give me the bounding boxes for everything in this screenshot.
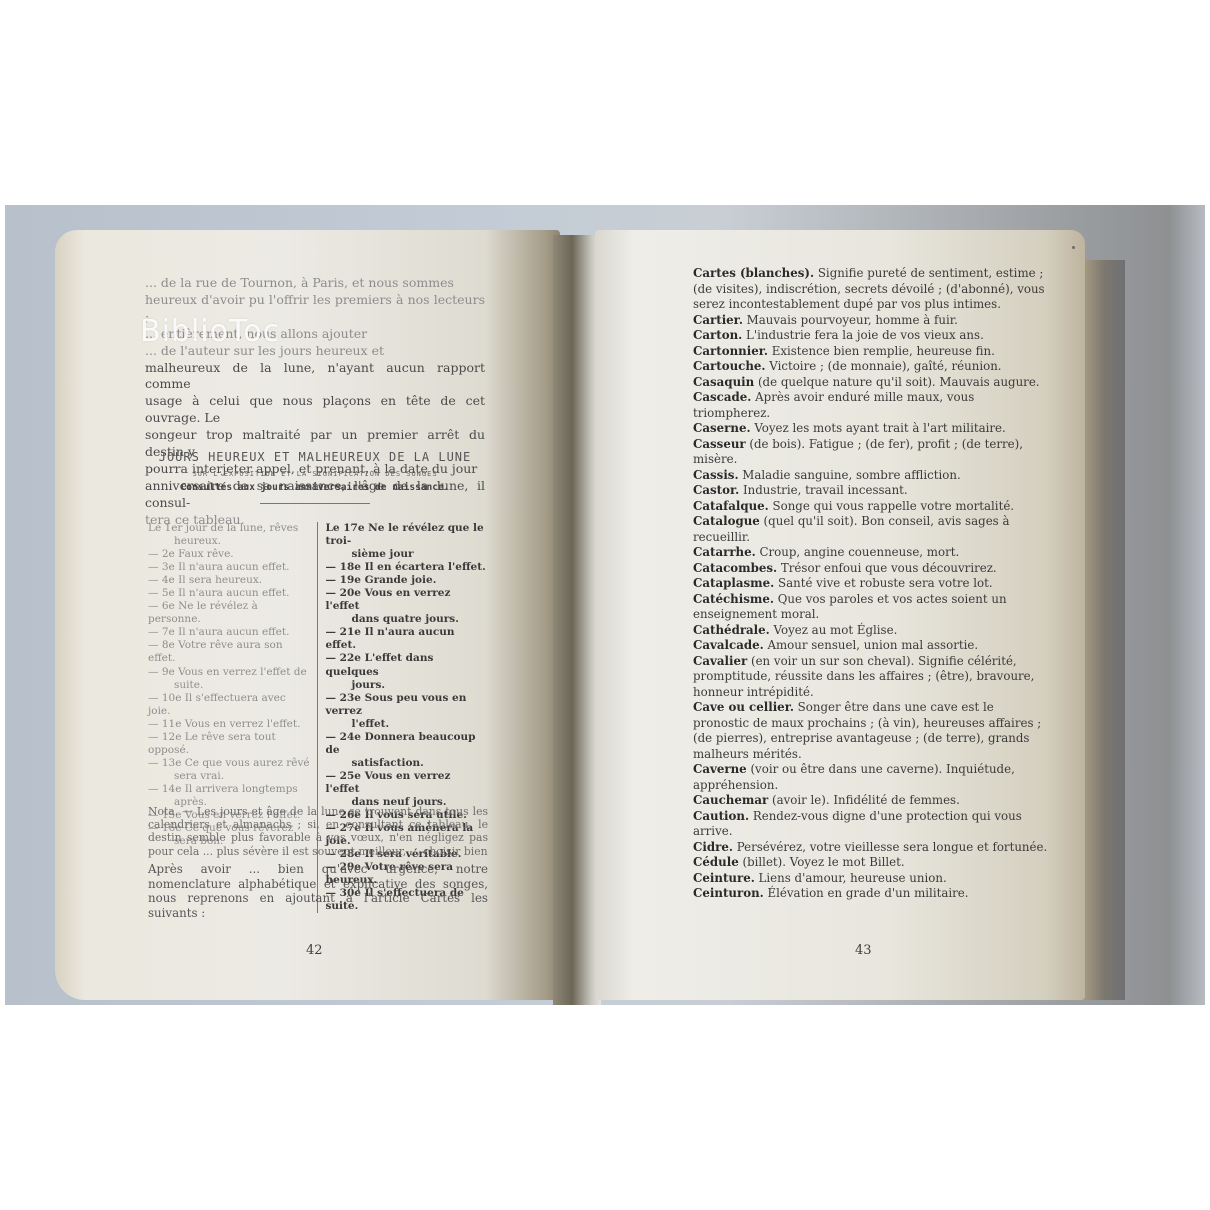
dictionary-entry: Cartes (blanches). Signifie pureté de se… bbox=[693, 266, 1048, 313]
table-row: — 12e Le rêve sera tout opposé. bbox=[148, 731, 311, 757]
table-row: Le 17e Ne le révélez que le troi- bbox=[326, 522, 489, 548]
entry-headword: Cathédrale. bbox=[693, 623, 770, 637]
dictionary-entry: Cartonnier. Existence bien remplie, heur… bbox=[693, 344, 1048, 360]
table-row: sera vrai. bbox=[148, 770, 311, 783]
entry-headword: Cassis. bbox=[693, 468, 739, 482]
entry-headword: Cauchemar bbox=[693, 793, 768, 807]
book-spine bbox=[553, 235, 601, 1005]
nota-paragraph: Nota. — Les jours et âge de la lune se t… bbox=[148, 805, 488, 858]
entry-headword: Castor. bbox=[693, 483, 739, 497]
table-row: — 10e Il s'effectuera avec joie. bbox=[148, 692, 311, 718]
entry-definition: Élévation en grade d'un militaire. bbox=[764, 886, 969, 900]
table-row: — 14e Il arrivera longtemps bbox=[148, 783, 311, 796]
entry-headword: Cascade. bbox=[693, 390, 751, 404]
table-row: — 25e Vous en verrez l'effet bbox=[326, 770, 489, 796]
closing-paragraph: Après avoir ... bien qu'avec urgence, no… bbox=[148, 862, 488, 920]
entry-headword: Caserne. bbox=[693, 421, 751, 435]
entry-headword: Catafalque. bbox=[693, 499, 769, 513]
entry-headword: Cataplasme. bbox=[693, 576, 774, 590]
intro-line: usage à celui que nous plaçons en tête d… bbox=[145, 393, 485, 427]
dictionary-entry: Catalogue (quel qu'il soit). Bon conseil… bbox=[693, 514, 1048, 545]
intro-line: malheureux de la lune, n'ayant aucun rap… bbox=[145, 360, 485, 394]
dictionary-entry: Caserne. Voyez les mots ayant trait à l'… bbox=[693, 421, 1048, 437]
entry-definition: Amour sensuel, union mal assortie. bbox=[764, 638, 978, 652]
entry-headword: Catacombes. bbox=[693, 561, 777, 575]
table-row: — 3e Il n'aura aucun effet. bbox=[148, 561, 311, 574]
dictionary-entry: Cascade. Après avoir enduré mille maux, … bbox=[693, 390, 1048, 421]
dictionary-entry: Casaquin (de quelque nature qu'il soit).… bbox=[693, 375, 1048, 391]
table-row: — 7e Il n'aura aucun effet. bbox=[148, 626, 311, 639]
dictionary-entry: Catafalque. Songe qui vous rappelle votr… bbox=[693, 499, 1048, 515]
dictionary-entry: Cassis. Maladie sanguine, sombre afflict… bbox=[693, 468, 1048, 484]
table-row: dans quatre jours. bbox=[326, 613, 489, 626]
page-edges bbox=[1085, 260, 1125, 1000]
entry-definition: Croup, angine couenneuse, mort. bbox=[756, 545, 959, 559]
table-row: — 19e Grande joie. bbox=[326, 574, 489, 587]
table-row: — 9e Vous en verrez l'effet de bbox=[148, 666, 311, 679]
page-number-left: 42 bbox=[306, 943, 323, 958]
table-row: — 24e Donnera beaucoup de bbox=[326, 731, 489, 757]
entry-headword: Casaquin bbox=[693, 375, 754, 389]
dictionary-entry: Caution. Rendez-vous digne d'une protect… bbox=[693, 809, 1048, 840]
table-row: — 8e Votre rêve aura son effet. bbox=[148, 639, 311, 665]
entry-definition: Santé vive et robuste sera votre lot. bbox=[774, 576, 992, 590]
entry-headword: Cartes (blanches). bbox=[693, 266, 814, 280]
dictionary-entry: Catéchisme. Que vos paroles et vos actes… bbox=[693, 592, 1048, 623]
table-row: suite. bbox=[148, 679, 311, 692]
entry-headword: Caution. bbox=[693, 809, 749, 823]
dictionary-entry: Catacombes. Trésor enfoui que vous décou… bbox=[693, 561, 1048, 577]
dictionary-entry: Cidre. Persévérez, votre vieillesse sera… bbox=[693, 840, 1048, 856]
table-row: Le 1er jour de la lune, rêves bbox=[148, 522, 311, 535]
entry-definition: Voyez au mot Église. bbox=[770, 623, 898, 637]
dictionary-entry: Cave ou cellier. Songer être dans une ca… bbox=[693, 700, 1048, 762]
entry-headword: Cartier. bbox=[693, 313, 743, 327]
table-row: — 20e Vous en verrez l'effet bbox=[326, 587, 489, 613]
table-row: heureux. bbox=[148, 535, 311, 548]
entry-definition: (avoir le). Infidélité de femmes. bbox=[768, 793, 960, 807]
table-row: — 21e Il n'aura aucun effet. bbox=[326, 626, 489, 652]
entry-headword: Cidre. bbox=[693, 840, 733, 854]
entry-definition: Victoire ; (de monnaie), gaîté, réunion. bbox=[766, 359, 1002, 373]
entry-definition: (de quelque nature qu'il soit). Mauvais … bbox=[754, 375, 1039, 389]
entry-headword: Cavalcade. bbox=[693, 638, 764, 652]
table-row: l'effet. bbox=[326, 718, 489, 731]
entry-headword: Ceinture. bbox=[693, 871, 755, 885]
entry-headword: Catéchisme. bbox=[693, 592, 774, 606]
dictionary-entry: Catarrhe. Croup, angine couenneuse, mort… bbox=[693, 545, 1048, 561]
watermark-logo: BiblioToc bbox=[140, 314, 280, 349]
table-row: — 5e Il n'aura aucun effet. bbox=[148, 587, 311, 600]
dictionary-entry: Carton. L'industrie fera la joie de vos … bbox=[693, 328, 1048, 344]
entry-definition: Mauvais pourvoyeur, homme à fuir. bbox=[743, 313, 958, 327]
entry-definition: Maladie sanguine, sombre affliction. bbox=[739, 468, 961, 482]
dictionary-entry: Cartier. Mauvais pourvoyeur, homme à fui… bbox=[693, 313, 1048, 329]
entry-headword: Caverne bbox=[693, 762, 747, 776]
entry-definition: Persévérez, votre vieillesse sera longue… bbox=[733, 840, 1047, 854]
entry-headword: Catarrhe. bbox=[693, 545, 756, 559]
entry-definition: Songe qui vous rappelle votre mortalité. bbox=[769, 499, 1014, 513]
page-number-right: 43 bbox=[855, 943, 872, 958]
table-row: — 22e L'effet dans quelques bbox=[326, 652, 489, 678]
entry-headword: Cartonnier. bbox=[693, 344, 768, 358]
dictionary-entry: Cavalier (en voir un sur son cheval). Si… bbox=[693, 654, 1048, 701]
entry-headword: Casseur bbox=[693, 437, 746, 451]
table-row: — 2e Faux rêve. bbox=[148, 548, 311, 561]
table-title-sub: SUR L'EXPOSITION ET LA SIGNIFICATION DES… bbox=[145, 470, 485, 478]
table-title: JOURS HEUREUX ET MALHEUREUX DE LA LUNE S… bbox=[145, 450, 485, 504]
title-rule bbox=[260, 503, 370, 504]
table-row: — 11e Vous en verrez l'effet. bbox=[148, 718, 311, 731]
table-row: — 23e Sous peu vous en verrez bbox=[326, 692, 489, 718]
dictionary-entry: Cavalcade. Amour sensuel, union mal asso… bbox=[693, 638, 1048, 654]
table-title-sub2: Consultés aux jours anniversaires de nai… bbox=[145, 482, 485, 493]
entry-headword: Carton. bbox=[693, 328, 742, 342]
entry-definition: Trésor enfoui que vous découvrirez. bbox=[777, 561, 997, 575]
dictionary-entries: Cartes (blanches). Signifie pureté de se… bbox=[693, 266, 1048, 902]
dictionary-entry: Cédule (billet). Voyez le mot Billet. bbox=[693, 855, 1048, 871]
table-row: — 13e Ce que vous aurez rêvé bbox=[148, 757, 311, 770]
table-row: — 18e Il en écartera l'effet. bbox=[326, 561, 489, 574]
entry-headword: Cédule bbox=[693, 855, 739, 869]
dictionary-entry: Castor. Industrie, travail incessant. bbox=[693, 483, 1048, 499]
intro-line: ... de la rue de Tournon, à Paris, et no… bbox=[145, 275, 485, 292]
entry-headword: Cavalier bbox=[693, 654, 747, 668]
dictionary-entry: Casseur (de bois). Fatigue ; (de fer), p… bbox=[693, 437, 1048, 468]
dictionary-entry: Cauchemar (avoir le). Infidélité de femm… bbox=[693, 793, 1048, 809]
dictionary-entry: Cataplasme. Santé vive et robuste sera v… bbox=[693, 576, 1048, 592]
dictionary-entry: Cartouche. Victoire ; (de monnaie), gaît… bbox=[693, 359, 1048, 375]
dictionary-entry: Ceinture. Liens d'amour, heureuse union. bbox=[693, 871, 1048, 887]
table-title-main: JOURS HEUREUX ET MALHEUREUX DE LA LUNE bbox=[145, 450, 485, 464]
table-row: — 6e Ne le révélez à personne. bbox=[148, 600, 311, 626]
dictionary-entry: Cathédrale. Voyez au mot Église. bbox=[693, 623, 1048, 639]
entry-headword: Ceinturon. bbox=[693, 886, 764, 900]
entry-definition: L'industrie fera la joie de vos vieux an… bbox=[742, 328, 984, 342]
table-row: sième jour bbox=[326, 548, 489, 561]
entry-definition: Existence bien remplie, heureuse fin. bbox=[768, 344, 995, 358]
entry-headword: Cave ou cellier. bbox=[693, 700, 794, 714]
entry-definition: Voyez les mots ayant trait à l'art milit… bbox=[751, 421, 1006, 435]
dictionary-entry: Ceinturon. Élévation en grade d'un milit… bbox=[693, 886, 1048, 902]
entry-headword: Catalogue bbox=[693, 514, 760, 528]
entry-definition: (billet). Voyez le mot Billet. bbox=[739, 855, 905, 869]
dictionary-entry: Caverne (voir ou être dans une caverne).… bbox=[693, 762, 1048, 793]
table-row: jours. bbox=[326, 679, 489, 692]
paper-speck bbox=[1072, 246, 1075, 249]
entry-headword: Cartouche. bbox=[693, 359, 766, 373]
entry-definition: Industrie, travail incessant. bbox=[739, 483, 907, 497]
table-row: satisfaction. bbox=[326, 757, 489, 770]
entry-definition: Liens d'amour, heureuse union. bbox=[755, 871, 947, 885]
table-row: — 4e Il sera heureux. bbox=[148, 574, 311, 587]
